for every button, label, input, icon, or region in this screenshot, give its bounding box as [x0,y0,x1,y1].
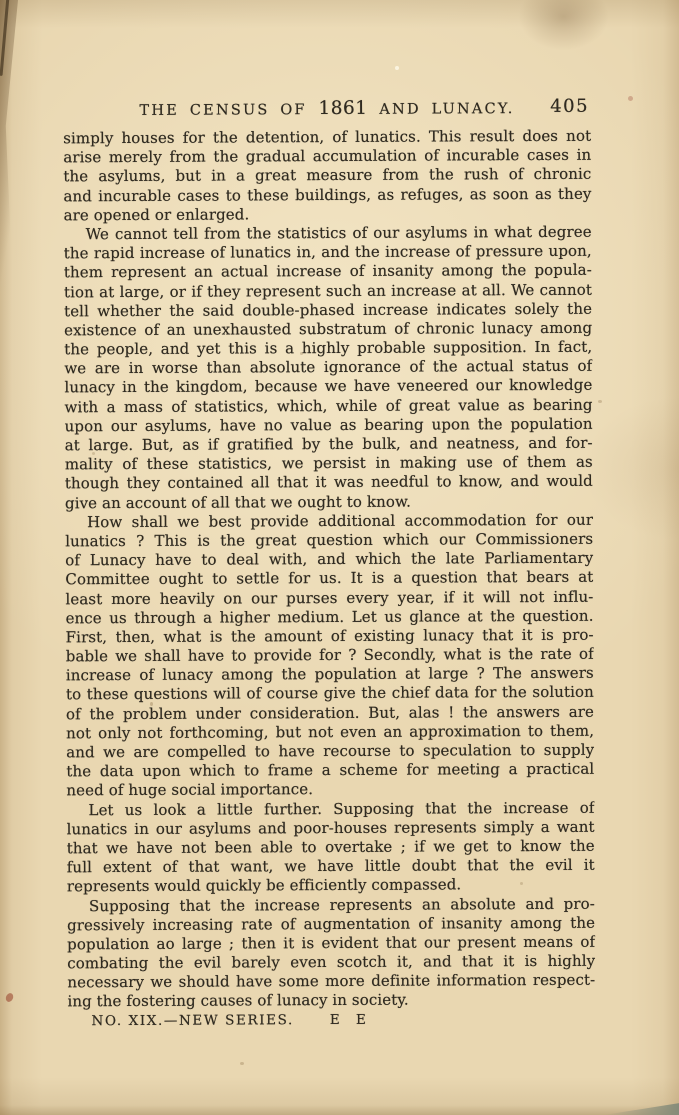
text-line: them represent an actual increase of ins… [64,261,592,283]
paper-stain [300,352,303,355]
text-line: need of huge social importance. [66,779,594,801]
text-line: represents would quickly be efficiently … [67,875,595,897]
paper-stain [420,560,423,563]
paper-stain [628,96,633,101]
text-line: lunatics in our asylums and poor-houses … [67,817,595,839]
text-line: Committee ought to settle for us. It is … [65,568,593,590]
paragraph: How shall we best provide additional acc… [65,510,594,800]
text-line: increase of lunacy among the population … [66,664,594,686]
text-line: population ao large ; then it is evident… [67,933,595,955]
text-line: tell whether the said double-phased incr… [64,299,592,321]
body-text: simply houses for the detention, of luna… [63,127,595,1012]
paragraph: Let us look a little further. Supposing … [66,798,594,897]
text-line: lunatics ? This is the great question wh… [65,530,593,552]
text-line: ence us through a higher medium. Let us … [65,606,593,628]
paper-stain [150,702,153,706]
text-line: lunacy in the kingdom, because we have v… [64,376,592,398]
text-line: the asylums, but in a great measure from… [63,165,591,187]
paper-stain [240,1062,244,1065]
text-line: full extent of that want, we have little… [67,856,595,878]
running-title: THE CENSUS OF 1861 AND LUNACY. [139,96,514,123]
text-line: the rapid increase of lunatics in, and t… [64,242,592,264]
text-line: and incurable cases to these buildings, … [63,184,591,206]
paper-stain [395,66,399,70]
text-line: of the problem under consideration. But,… [66,702,594,724]
paragraph: Supposing that the increase represents a… [67,894,596,1012]
paragraph: simply houses for the detention, of luna… [63,127,591,226]
text-line: with a mass of statistics, which, while … [64,395,592,417]
text-line: arise merely from the gradual accumulati… [63,146,591,168]
text-line: gressively increasing rate of augmentati… [67,913,595,935]
page-header: THE CENSUS OF 1861 AND LUNACY. 405 [63,96,591,122]
running-title-suffix: AND LUNACY. [369,101,515,118]
text-line: simply houses for the detention, of luna… [63,127,591,149]
running-title-year: 1861 [317,98,368,119]
text-line: that we have not been able to overtake ;… [67,837,595,859]
text-line: First, then, what is the amount of exist… [66,626,594,648]
running-title-prefix: THE CENSUS OF [139,102,317,119]
text-line: though they contained all that it was ne… [65,472,593,494]
text-line: to these questions will of course give t… [66,683,594,705]
text-line: combating the evil barely even scotch it… [67,952,595,974]
text-line: We cannot tell from the statistics of ou… [64,223,592,245]
text-line: of Lunacy have to deal with, and which t… [65,549,593,571]
text-line: tion at large, or if they represent such… [64,280,592,302]
series-note: NO. XIX.—NEW SERIES. [91,1011,293,1031]
text-line: and we are compelled to have recourse to… [66,741,594,763]
text-line: give an account of all that we ought to … [65,491,593,513]
signature-mark: E E [330,1010,372,1029]
text-line: we are in worse than absolute ignorance … [64,357,592,379]
text-line: Supposing that the increase represents a… [67,894,595,916]
scan-corner-shadow [604,1101,679,1115]
paper-stain [92,452,95,455]
paper-stain [4,992,14,1003]
text-line: existence of an unexhausted substratum o… [64,319,592,341]
text-line: ing the fostering causes of lunacy in so… [67,990,595,1012]
text-line: least more heavily on our purses every y… [65,587,593,609]
text-line: mality of these statistics, we persist i… [65,453,593,475]
text-line: the people, and yet this is a highly pro… [64,338,592,360]
text-line: upon our asylums, have no value as beari… [65,415,593,437]
text-line: are opened or enlarged. [64,203,592,225]
paragraph: We cannot tell from the statistics of ou… [64,223,593,513]
page-content: THE CENSUS OF 1861 AND LUNACY. 405 simpl… [63,96,596,1031]
paper-stain [520,882,523,885]
text-line: the data upon which to frame a scheme fo… [66,760,594,782]
text-line: How shall we best provide additional acc… [65,510,593,532]
page-number: 405 [550,95,589,118]
text-line: bable we shall have to provide for ? Sec… [66,645,594,667]
paper-stain [598,400,602,403]
text-line: Let us look a little further. Supposing … [66,798,594,820]
page-footer: NO. XIX.—NEW SERIES. E E [67,1009,595,1031]
text-line: necessary we should have some more defin… [67,971,595,993]
text-line: at large. But, as if gratified by the bu… [65,434,593,456]
text-line: not only not forthcoming, but not even a… [66,722,594,744]
scanned-book-page: THE CENSUS OF 1861 AND LUNACY. 405 simpl… [0,0,679,1115]
